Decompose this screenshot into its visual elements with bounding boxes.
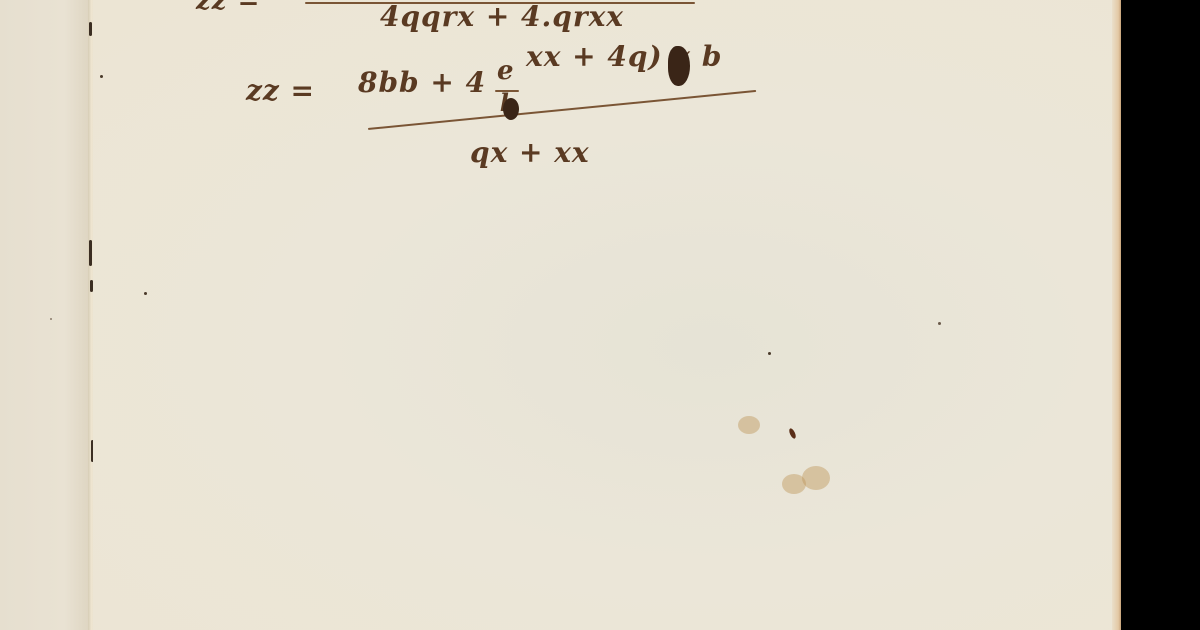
- ink-speck: [50, 318, 52, 320]
- left-page: [0, 0, 92, 630]
- binding-mark: [89, 240, 92, 266]
- equation-line2-frac-top: e: [497, 56, 515, 86]
- equation-top-cut: zz =: [196, 0, 260, 16]
- equation-line2-numerator: 8bb + 4: [358, 66, 486, 99]
- ink-speck: [100, 75, 103, 78]
- ink-blot: [668, 46, 690, 86]
- ink-speck: [768, 352, 771, 355]
- ink-speck: [938, 322, 941, 325]
- foxing-stain: [802, 466, 830, 490]
- equation-line2-rest: xx + 4q) x b: [526, 40, 722, 73]
- binding-mark: [89, 22, 92, 36]
- equation-denominator-1: 4qqrx + 4.qrxx: [380, 0, 624, 33]
- equation-line2-lhs: zz =: [246, 74, 315, 107]
- foxing-stain: [738, 416, 760, 434]
- right-page-edge: [1112, 0, 1121, 630]
- ink-blot: [503, 98, 519, 120]
- equation-denominator-2: qx + xx: [470, 136, 590, 169]
- ink-speck: [144, 292, 147, 295]
